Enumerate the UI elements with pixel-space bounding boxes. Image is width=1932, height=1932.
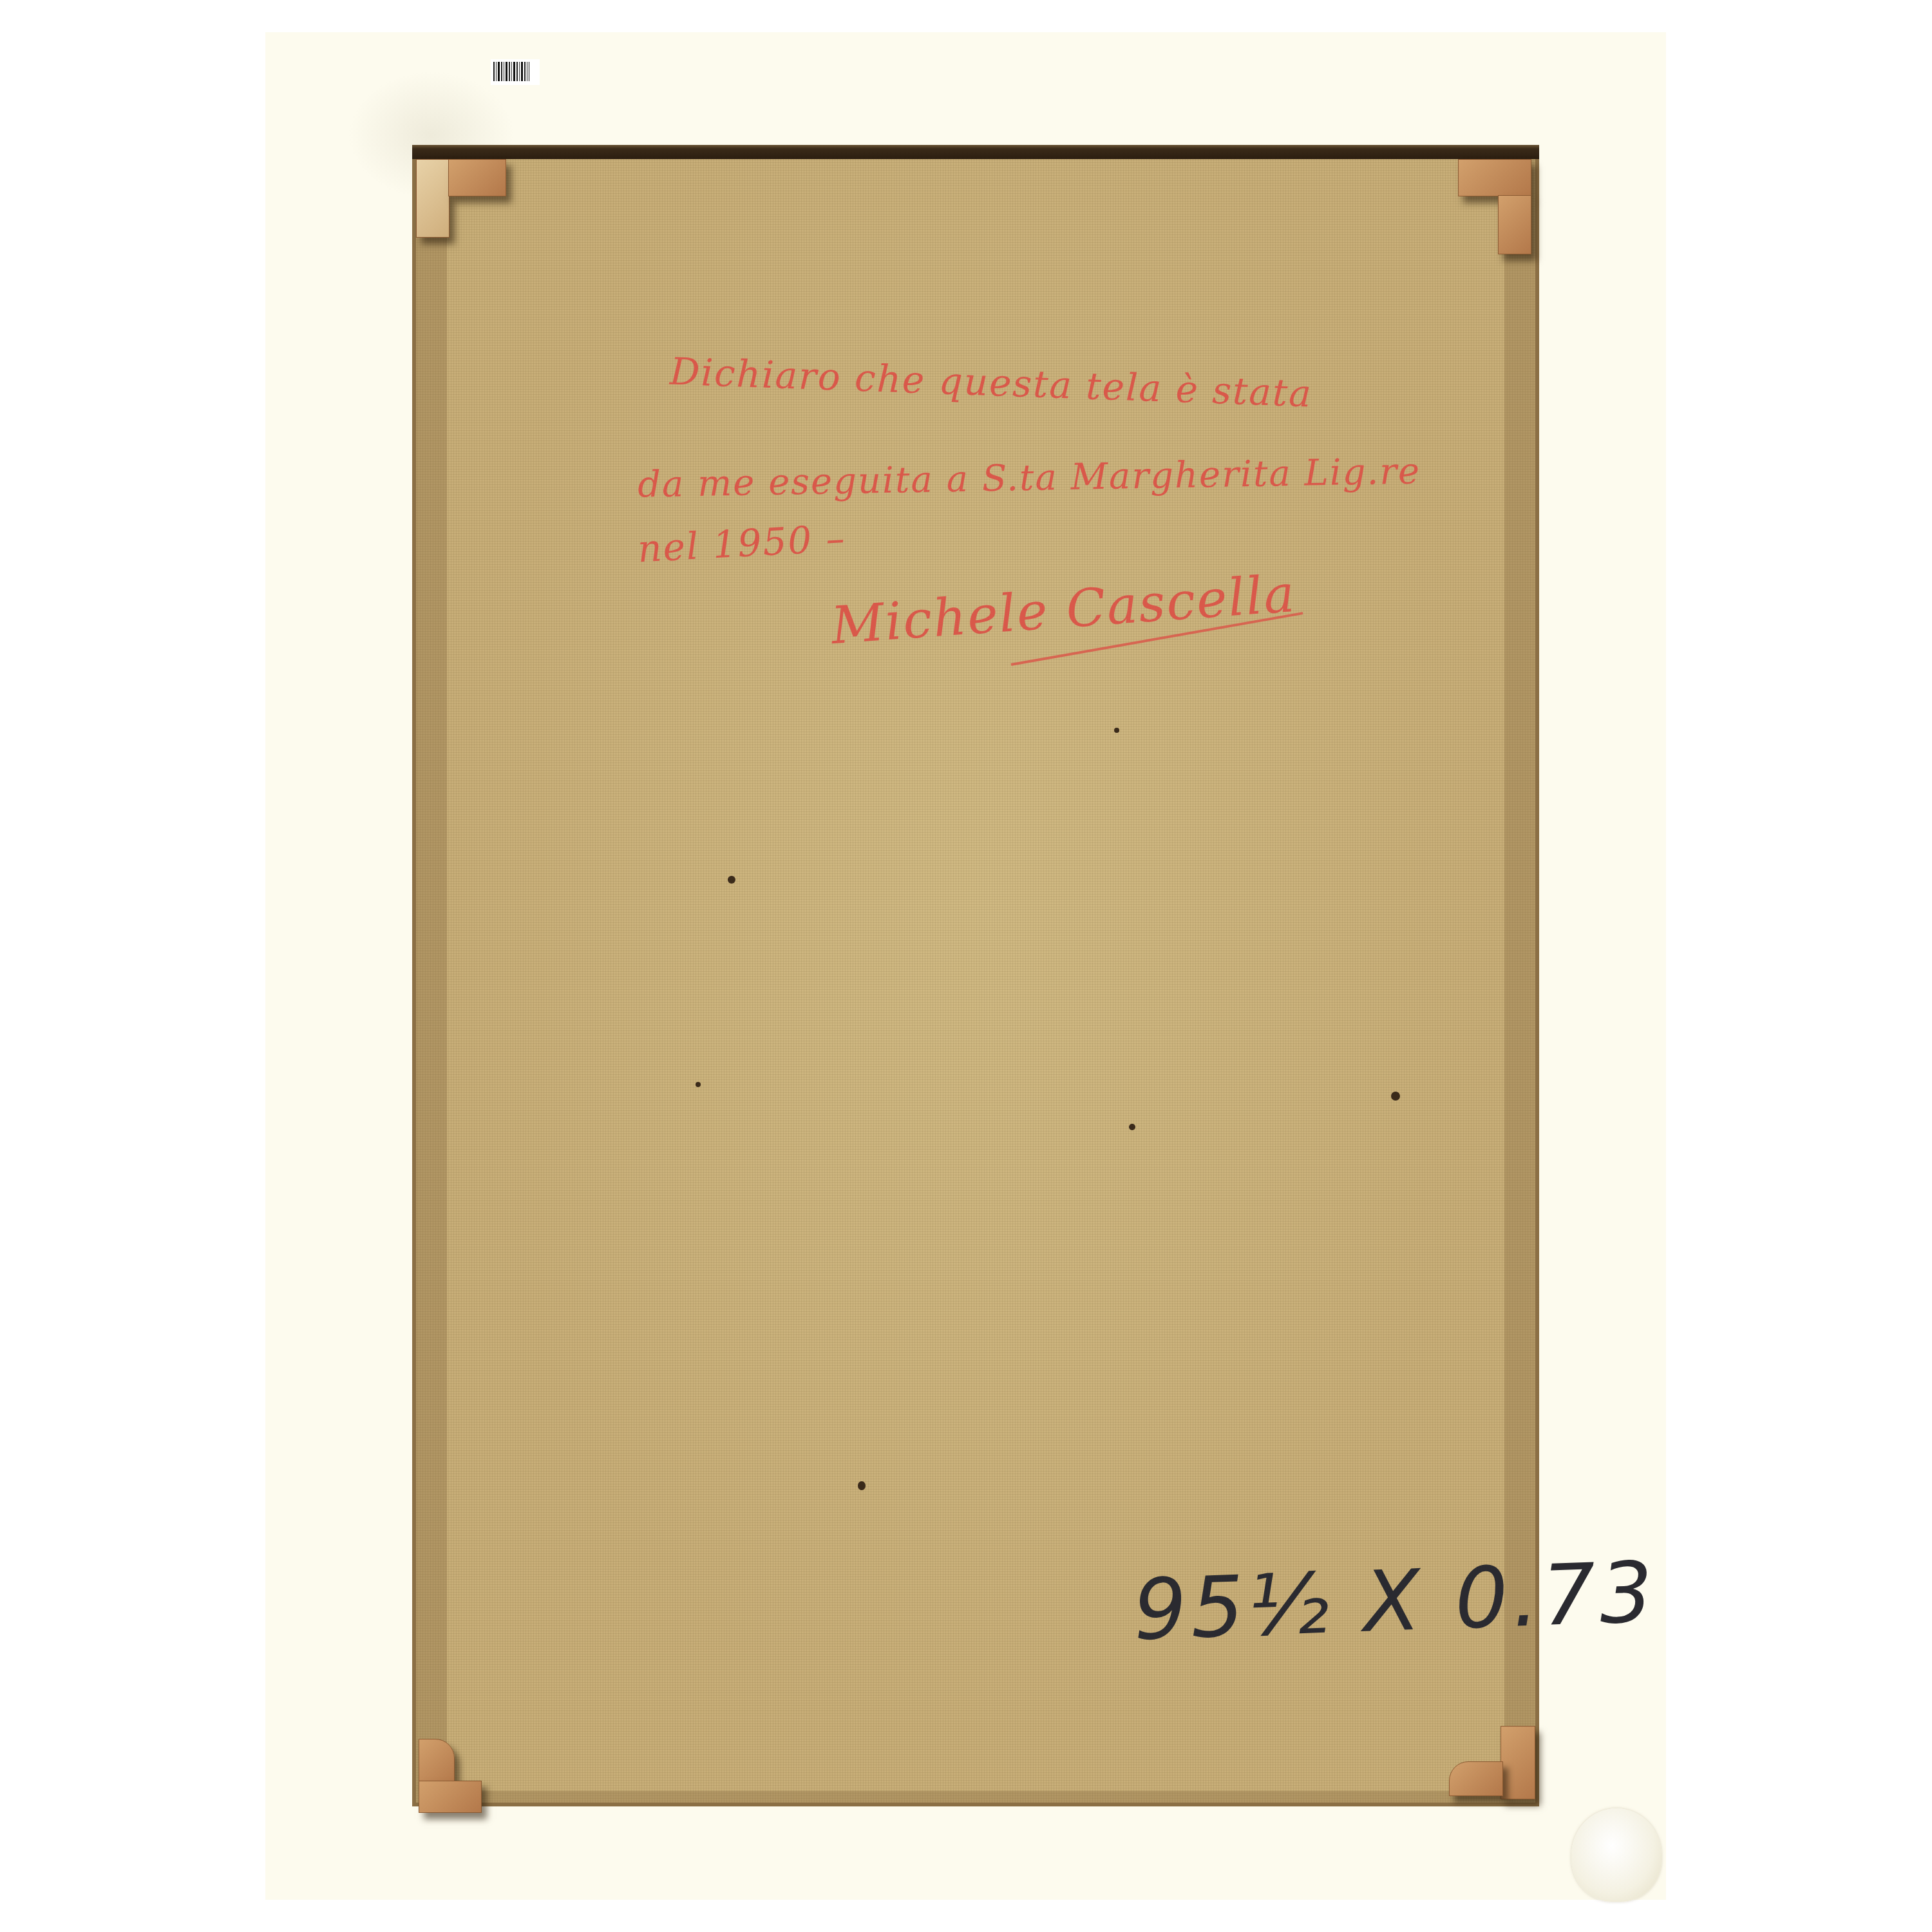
- corner-wedge-bottom-right-horizontal: [1449, 1761, 1503, 1796]
- corner-wedge-bottom-left-horizontal: [419, 1781, 482, 1813]
- corner-wedge-top-left-horizontal: [448, 159, 506, 196]
- canvas-top-rim: [412, 145, 1539, 159]
- stain: [1391, 1092, 1400, 1101]
- barcode-label: [491, 59, 540, 85]
- corner-wedge-bottom-right-vertical: [1501, 1726, 1535, 1799]
- stain: [728, 876, 735, 884]
- corner-wedge-top-right-vertical: [1498, 195, 1531, 254]
- tissue-paper: [1571, 1808, 1662, 1902]
- dimensions-note: 95½ X 0.73: [1132, 1543, 1658, 1659]
- stretcher-shadow-left: [416, 159, 447, 1803]
- barcode-icon: [493, 62, 529, 81]
- corner-wedge-top-right-horizontal: [1458, 159, 1531, 196]
- corner-wedge-top-left-vertical: [416, 159, 450, 238]
- corner-wedge-bottom-left-vertical: [419, 1739, 455, 1785]
- stain: [858, 1481, 866, 1490]
- stain: [1129, 1124, 1135, 1130]
- stain: [1114, 728, 1119, 733]
- stain: [696, 1082, 701, 1087]
- stretcher-shadow-bottom: [447, 1791, 1504, 1803]
